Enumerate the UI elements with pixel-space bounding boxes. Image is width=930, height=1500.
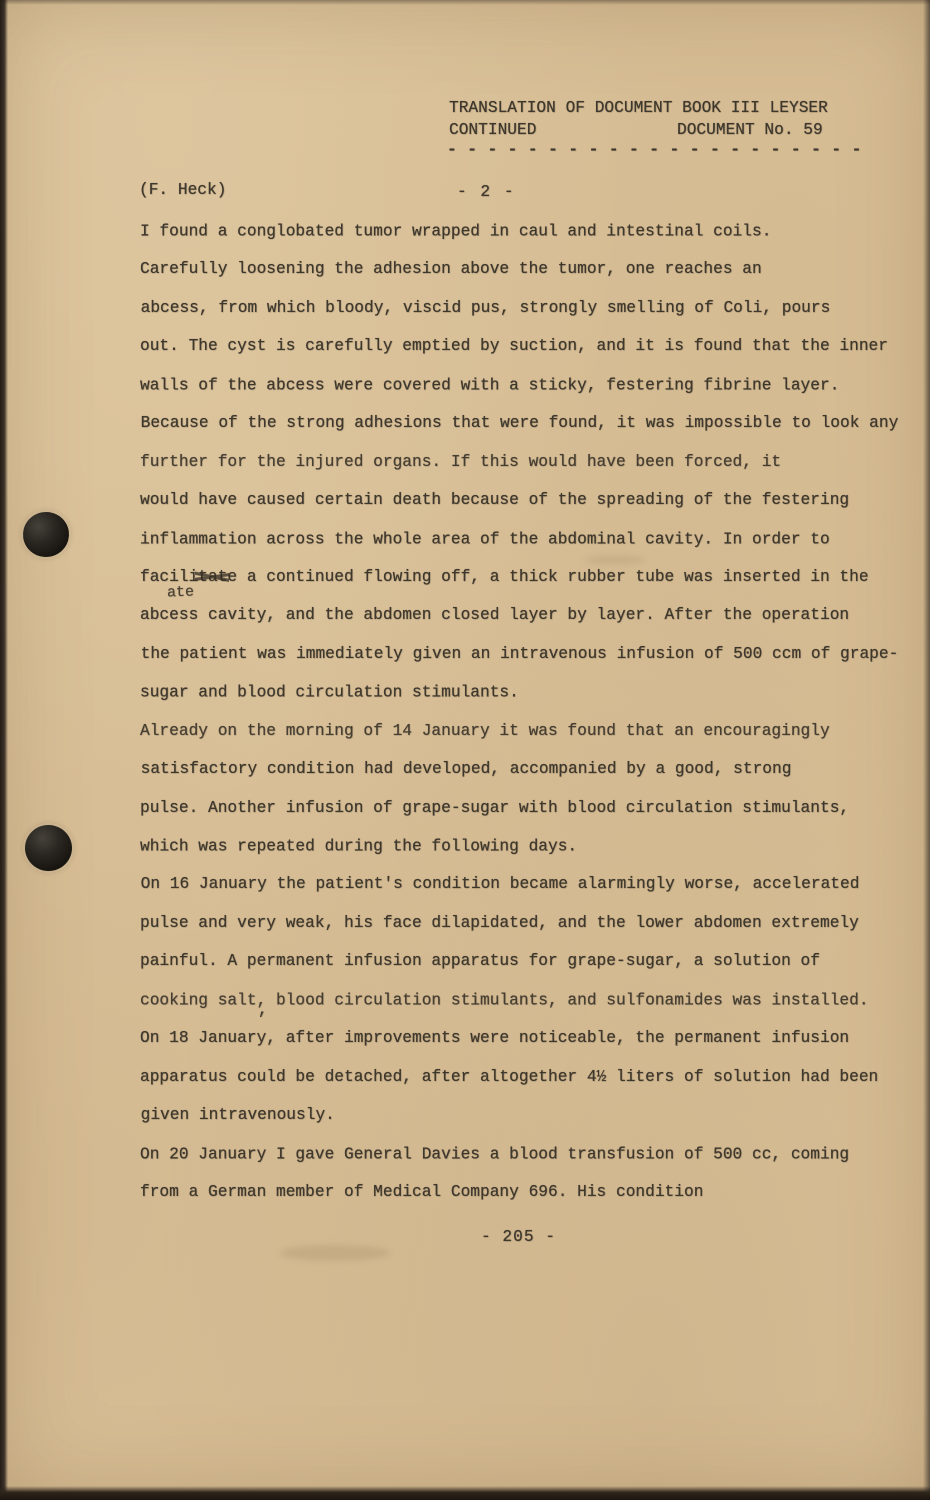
- text-line: abcess cavity, and the abdomen closed la…: [140, 596, 928, 634]
- punch-hole-top: [20, 509, 72, 560]
- header-title: TRANSLATION OF DOCUMENT BOOK III LEYSER: [449, 99, 828, 117]
- text-line: On 20 January I gave General Davies a bl…: [140, 1135, 928, 1173]
- text-line: sugar and blood circulation stimulants.: [140, 674, 928, 712]
- page-edge-top: [0, 0, 930, 5]
- page-edge-left: [0, 0, 8, 1500]
- body-text: I found a conglobated tumor wrapped in c…: [140, 212, 928, 1211]
- text-line: Already on the morning of 14 January it …: [140, 712, 928, 750]
- attribution: (F. Heck): [139, 181, 226, 199]
- overstrike-blot: [195, 569, 229, 585]
- text-line: out. The cyst is carefully emptied by su…: [140, 327, 928, 365]
- text-line: facilitate a continued flowing off, a th…: [140, 558, 928, 596]
- text-line: Carefully loosening the adhesion above t…: [140, 250, 928, 288]
- stray-comma: ,: [258, 1001, 268, 1019]
- text-line: which was repeated during the following …: [140, 828, 928, 866]
- text-line: would have caused certain death because …: [140, 481, 928, 519]
- text-line: On 18 January, after improvements were n…: [140, 1019, 928, 1057]
- text-line: inflammation across the whole area of th…: [140, 520, 928, 558]
- text-line: further for the injured organs. If this …: [140, 443, 928, 481]
- text-line: abcess, from which bloody, viscid pus, s…: [141, 289, 929, 327]
- text-line: On 16 January the patient's condition be…: [141, 865, 929, 903]
- text-line: I found a conglobated tumor wrapped in c…: [140, 213, 928, 251]
- document-page: TRANSLATION OF DOCUMENT BOOK III LEYSER …: [0, 0, 930, 1500]
- text-line: given intravenously.: [141, 1096, 929, 1134]
- text-line: pulse. Another infusion of grape-sugar w…: [140, 789, 928, 827]
- header-continued: CONTINUED: [449, 121, 536, 139]
- header-divider: - - - - - - - - - - - - - - - - - - - - …: [447, 141, 862, 159]
- text-line: pulse and very weak, his face dilapidate…: [140, 904, 928, 942]
- page-number: - 2 -: [457, 183, 516, 201]
- text-line: Because of the strong adhesions that wer…: [141, 404, 929, 442]
- text-line: walls of the abcess were covered with a …: [140, 366, 928, 404]
- punch-hole-bottom: [23, 823, 74, 873]
- text-line: satisfactory condition had developed, ac…: [141, 750, 929, 788]
- header-doc-number: DOCUMENT No. 59: [677, 121, 823, 139]
- overstrike-correction: ate: [167, 584, 195, 602]
- text-line: from a German member of Medical Company …: [140, 1173, 928, 1211]
- text-line: the patient was immediately given an int…: [141, 635, 929, 673]
- page-edge-bottom: [0, 1486, 930, 1500]
- footer-page-number: - 205 -: [481, 1228, 556, 1246]
- bleed-through-smudge: [280, 1245, 390, 1261]
- text-line: apparatus could be detached, after altog…: [140, 1058, 928, 1096]
- text-line: painful. A permanent infusion apparatus …: [140, 942, 928, 980]
